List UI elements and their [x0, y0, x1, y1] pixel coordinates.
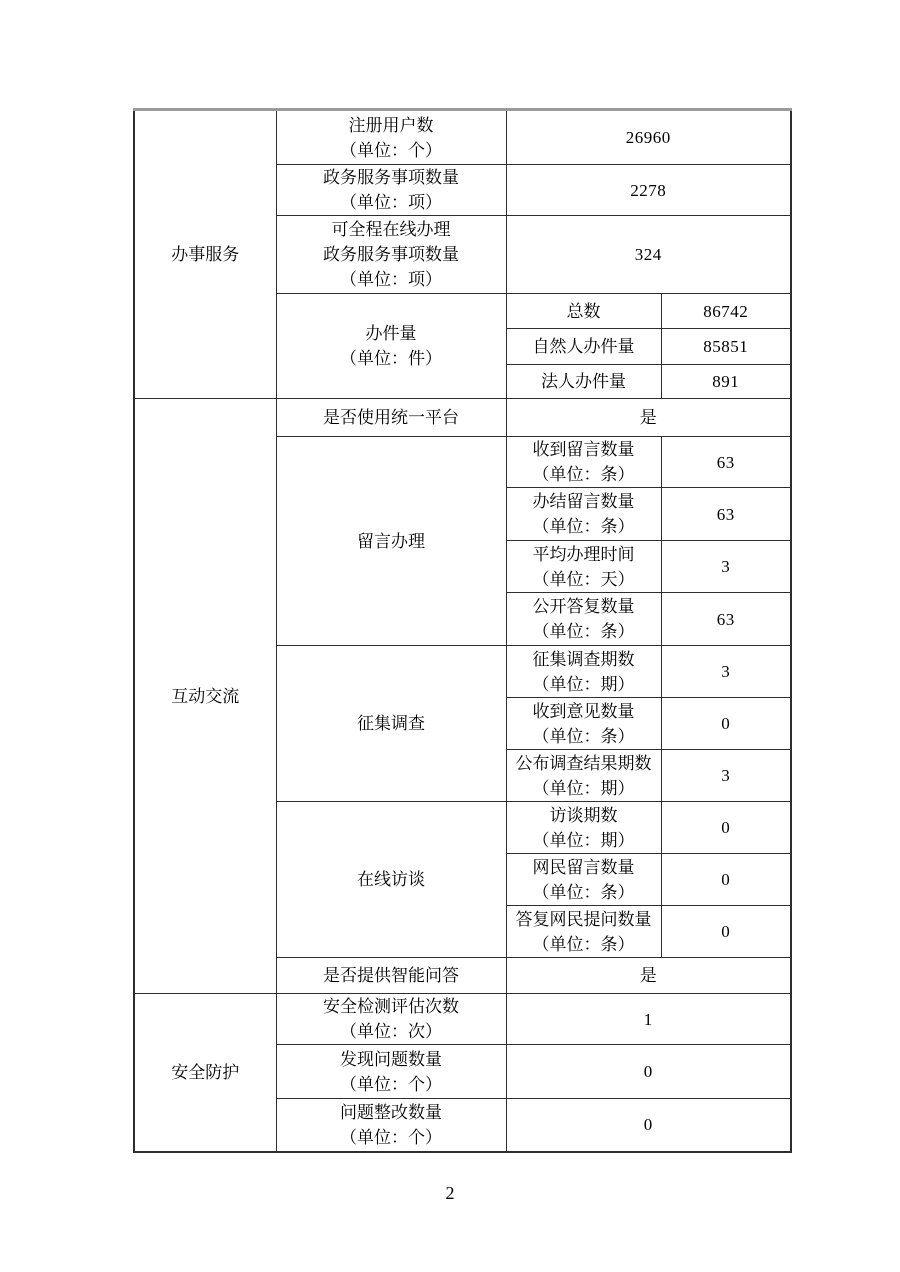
row-value-service-items: 2278 — [506, 165, 791, 216]
sub-value-average-handling-time: 3 — [661, 541, 791, 593]
row-value-unified-platform: 是 — [506, 399, 791, 437]
group-label-survey: 征集调查 — [276, 646, 506, 802]
row-value-security-assessments: 1 — [506, 994, 791, 1045]
sub-value-survey-results-published: 3 — [661, 750, 791, 802]
sub-label-natural-person: 自然人办件量 — [506, 329, 661, 365]
category-security: 安全防护 — [134, 994, 276, 1152]
sub-label-survey-periods: 征集调查期数 （单位：期） — [506, 646, 661, 698]
sub-label-legal-person: 法人办件量 — [506, 365, 661, 399]
document-page: 办事服务 注册用户数 （单位：个） 26960 政务服务事项数量 （单位：项） … — [0, 0, 900, 1272]
sub-value-interview-periods: 0 — [661, 802, 791, 854]
row-value-online-service-items: 324 — [506, 216, 791, 294]
sub-value-survey-periods: 3 — [661, 646, 791, 698]
sub-label-netizen-messages: 网民留言数量 （单位：条） — [506, 854, 661, 906]
sub-label-opinions-received: 收到意见数量 （单位：条） — [506, 698, 661, 750]
sub-value-total: 86742 — [661, 294, 791, 329]
group-label-message-handling: 留言办理 — [276, 437, 506, 646]
page-number: 2 — [0, 1183, 900, 1204]
row-label-problems-rectified: 问题整改数量 （单位：个） — [276, 1099, 506, 1152]
row-value-problems-found: 0 — [506, 1045, 791, 1099]
row-label-smart-qa: 是否提供智能问答 — [276, 958, 506, 994]
row-label-unified-platform: 是否使用统一平台 — [276, 399, 506, 437]
sub-label-netizen-questions-answered: 答复网民提问数量 （单位：条） — [506, 906, 661, 958]
report-table: 办事服务 注册用户数 （单位：个） 26960 政务服务事项数量 （单位：项） … — [133, 108, 792, 1153]
sub-value-messages-completed: 63 — [661, 488, 791, 541]
sub-value-opinions-received: 0 — [661, 698, 791, 750]
sub-label-survey-results-published: 公布调查结果期数 （单位：期） — [506, 750, 661, 802]
sub-value-legal-person: 891 — [661, 365, 791, 399]
sub-label-messages-received: 收到留言数量 （单位：条） — [506, 437, 661, 488]
row-label-online-service-items: 可全程在线办理 政务服务事项数量 （单位：项） — [276, 216, 506, 294]
sub-value-messages-received: 63 — [661, 437, 791, 488]
group-label-online-interview: 在线访谈 — [276, 802, 506, 958]
row-label-security-assessments: 安全检测评估次数 （单位：次） — [276, 994, 506, 1045]
category-interaction: 互动交流 — [134, 399, 276, 994]
sub-label-public-replies: 公开答复数量 （单位：条） — [506, 593, 661, 646]
row-label-registered-users: 注册用户数 （单位：个） — [276, 110, 506, 165]
row-label-service-items: 政务服务事项数量 （单位：项） — [276, 165, 506, 216]
sub-label-interview-periods: 访谈期数 （单位：期） — [506, 802, 661, 854]
row-value-problems-rectified: 0 — [506, 1099, 791, 1152]
row-value-smart-qa: 是 — [506, 958, 791, 994]
sub-value-netizen-questions-answered: 0 — [661, 906, 791, 958]
sub-value-public-replies: 63 — [661, 593, 791, 646]
row-label-problems-found: 发现问题数量 （单位：个） — [276, 1045, 506, 1099]
group-label-case-volume: 办件量 （单位：件） — [276, 294, 506, 399]
row-value-registered-users: 26960 — [506, 110, 791, 165]
sub-label-total: 总数 — [506, 294, 661, 329]
sub-value-natural-person: 85851 — [661, 329, 791, 365]
sub-label-messages-completed: 办结留言数量 （单位：条） — [506, 488, 661, 541]
category-service-handling: 办事服务 — [134, 110, 276, 399]
sub-value-netizen-messages: 0 — [661, 854, 791, 906]
sub-label-average-handling-time: 平均办理时间 （单位：天） — [506, 541, 661, 593]
